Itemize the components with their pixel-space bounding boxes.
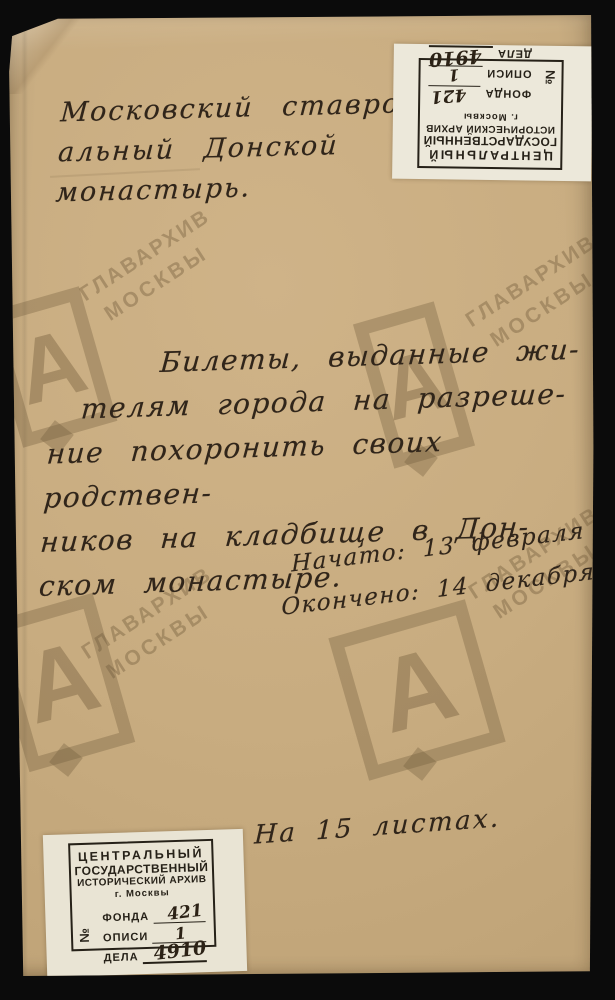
stamp-field-delo: ДЕЛА 4910 xyxy=(429,45,532,66)
field-label: ДЕЛА xyxy=(104,951,139,965)
field-value: 4910 xyxy=(428,45,482,71)
stamp-border-box: ЦЕНТРАЛЬНЫЙ ГОСУДАРСТВЕННЫЙ ИСТОРИЧЕСКИЙ… xyxy=(417,58,564,170)
stamp-border-box: ЦЕНТРАЛЬНЫЙ ГОСУДАРСТВЕННЫЙ ИСТОРИЧЕСКИЙ… xyxy=(68,839,216,952)
number-sign: № xyxy=(543,70,558,85)
scan-background: ГЛАВАРХИВ МОСКВЫ А ГЛАВАРХИВ МОСКВЫ А xyxy=(0,0,615,1000)
document-cover: ГЛАВАРХИВ МОСКВЫ А ГЛАВАРХИВ МОСКВЫ А xyxy=(8,14,594,976)
stamp-field-fond: ФОНДА 421 xyxy=(428,85,531,106)
title-line: ние похоронить своих родствен- xyxy=(42,415,594,520)
stamp-org-line: ГОСУДАРСТВЕННЫЙ xyxy=(420,133,561,149)
scanned-archive-cover: { "cover": { "heading_lines": ["Московск… xyxy=(0,0,615,1000)
stamp-field-delo: ДЕЛА 4910 xyxy=(103,942,207,965)
field-value: 4910 xyxy=(153,937,208,965)
stamp-fields: № ФОНДА 421 ОПИСИ 1 ДЕЛА 4910 xyxy=(428,45,532,106)
number-sign: № xyxy=(77,928,92,943)
glavarkhiv-logo-icon: А xyxy=(346,616,488,764)
stamp-org-line: г. Москвы xyxy=(420,110,561,123)
logo-letter: А xyxy=(8,593,134,771)
archive-stamp-bottom: ЦЕНТРАЛЬНЫЙ ГОСУДАРСТВЕННЫЙ ИСТОРИЧЕСКИЙ… xyxy=(43,829,247,976)
field-line: 4910 xyxy=(142,940,207,964)
archive-stamp-top: ЦЕНТРАЛЬНЫЙ ГОСУДАРСТВЕННЫЙ ИСТОРИЧЕСКИЙ… xyxy=(392,44,593,182)
stamp-org-line: ЦЕНТРАЛЬНЫЙ xyxy=(419,147,560,163)
field-line: 421 xyxy=(428,85,481,107)
field-line: 4910 xyxy=(429,45,493,68)
stamp-fields: № ФОНДА 421 ОПИСИ 1 ДЕЛА 4910 xyxy=(102,902,207,965)
sheet-count-note: На 15 листах. xyxy=(254,803,502,850)
field-label: ФОНДА xyxy=(102,911,149,925)
field-label: ДЕЛА xyxy=(497,46,532,59)
field-label: ОПИСИ xyxy=(486,66,531,80)
field-value: 421 xyxy=(430,84,467,107)
spine-shading xyxy=(21,14,28,976)
field-label: ФОНДА xyxy=(485,86,532,100)
glavarkhiv-logo-icon: А xyxy=(8,605,116,760)
stamp-org-line: ИСТОРИЧЕСКИЙ АРХИВ xyxy=(420,122,561,135)
